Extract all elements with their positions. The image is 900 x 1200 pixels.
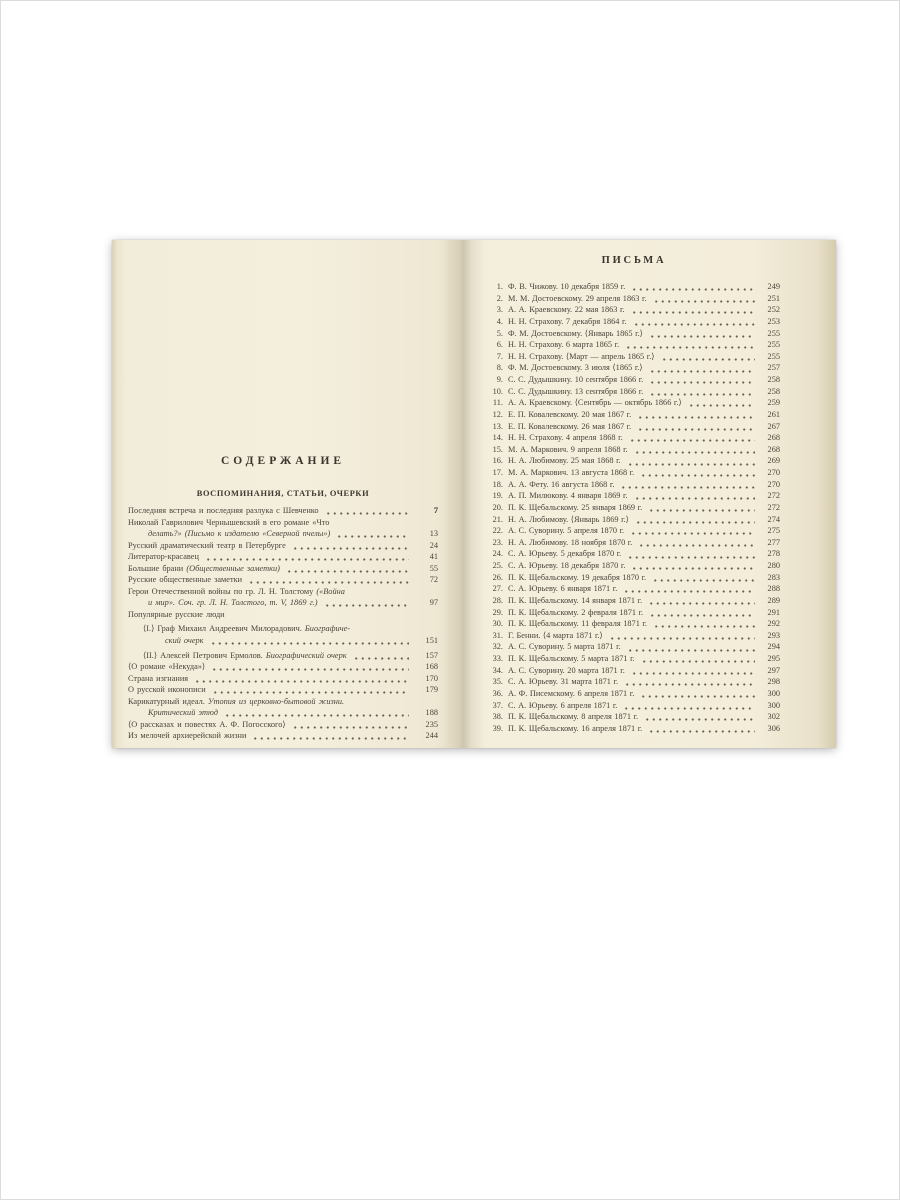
entry-text: Русские общественные заметки [128,574,242,586]
page-number: 253 [758,316,780,328]
dot-leader [208,642,409,645]
letter-row: 17.М. А. Маркович. 13 августа 1868 г.270 [488,467,780,479]
page-number: 274 [758,514,780,526]
plain-text: Николай Гаврилович Чернышевский в его ро… [128,518,329,527]
page-number: 283 [758,572,780,584]
page-number: 255 [758,351,780,363]
entry-text: Последняя встреча и последняя разлука с … [128,505,319,517]
letter-row: 25.С. А. Юрьеву. 18 декабря 1870 г.280 [488,560,780,572]
letters-list: 1.Ф. В. Чижову. 10 декабря 1859 г.2492.М… [488,281,780,734]
letter-row: 30.П. К. Щебальскому. 11 февраля 1871 г.… [488,618,780,630]
letter-text: А. Ф. Писемскому. 6 апреля 1871 г. [508,688,634,700]
contents-title: СОДЕРЖАНИЕ [128,455,438,467]
letter-text: Ф. В. Чижову. 10 декабря 1859 г. [508,281,625,293]
dot-leader [647,335,755,338]
toc-line: делать?» (Письмо к издателю «Северной пч… [128,528,438,540]
dot-leader [642,718,755,721]
plain-text: ⟨О рассказах и повестях А. Ф. Погосского… [128,720,286,729]
letter-number: 25. [488,560,503,572]
page-number: 255 [758,339,780,351]
plain-text: Из мелочей архиерейской жизни [128,731,246,740]
letter-number: 32. [488,641,503,653]
toc-line: Последняя встреча и последняя разлука с … [128,505,438,517]
letter-text: С. А. Юрьеву. 18 декабря 1870 г. [508,560,625,572]
letter-text: П. К. Щебальскому. 19 декабря 1870 г. [508,572,646,584]
page-number: 41 [412,551,438,563]
page-number: 272 [758,490,780,502]
letter-text: С. А. Юрьеву. 6 апреля 1871 г. [508,700,617,712]
letter-text: А. С. Суворину. 5 апреля 1870 г. [508,525,624,537]
letter-row: 6.Н. Н. Страхову. 6 марта 1865 г.255 [488,339,780,351]
page-number: 24 [412,540,438,552]
letter-text: П. К. Щебальскому. 25 января 1869 г. [508,502,642,514]
letter-row: 3.А. А. Краевскому. 22 мая 1863 г.252 [488,304,780,316]
entry-text: Герои Отечественной войны по гр. Л. Н. Т… [128,586,345,598]
letter-number: 34. [488,665,503,677]
toc-line: ⟨II.⟩ Алексей Петрович Ермолов. Биографи… [143,650,438,662]
section-heading: ВОСПОМИНАНИЯ, СТАТЬИ, ОЧЕРКИ [128,489,438,499]
toc-line: Карикатурный идеал. Утопия из церковно-б… [128,696,438,708]
letter-row: 22.А. С. Суворину. 5 апреля 1870 г.275 [488,525,780,537]
letter-text: Г. Бенни. ⟨4 марта 1871 г.⟩ [508,630,603,642]
letter-row: 13.Е. П. Ковалевскому. 26 мая 1867 г.267 [488,421,780,433]
letter-text: С. С. Дудышкину. 13 сентября 1866 г. [508,386,643,398]
dot-leader [636,544,755,547]
page-number: 270 [758,479,780,491]
dot-leader [322,604,409,607]
entry-text: ⟨О рассказах и повестях А. Ф. Погосского… [128,719,286,731]
letter-row: 39.П. К. Щебальскому. 16 апреля 1871 г.3… [488,723,780,735]
plain-text: ⟨О романе «Некуда»⟩ [128,662,205,671]
dot-leader [638,474,755,477]
dot-leader [618,486,755,489]
page-number: 251 [758,293,780,305]
toc-entry: Из мелочей архиерейской жизни244 [128,730,438,742]
plain-text: Русские общественные заметки [128,575,242,584]
letter-text: А. А. Фету. 16 августа 1868 г. [508,479,614,491]
dot-leader [290,547,409,550]
entry-text: О русской иконописи [128,684,206,696]
toc-entry: Карикатурный идеал. Утопия из церковно-б… [128,696,438,719]
letter-text: Н. Н. Страхову. 7 декабря 1864 г. [508,316,627,328]
book-spread: СОДЕРЖАНИЕ ВОСПОМИНАНИЯ, СТАТЬИ, ОЧЕРКИ … [112,240,836,748]
letter-number: 7. [488,351,503,363]
toc-line: Литератор-красавец41 [128,551,438,563]
dot-leader [631,323,755,326]
letter-number: 20. [488,502,503,514]
page-number: 259 [758,397,780,409]
dot-leader [222,714,409,717]
entry-text: Карикатурный идеал. Утопия из церковно-б… [128,696,344,708]
letter-row: 15.М. А. Маркович. 9 апреля 1868 г.268 [488,444,780,456]
dot-leader [659,358,755,361]
letter-number: 19. [488,490,503,502]
page-number: 280 [758,560,780,572]
letter-number: 5. [488,328,503,340]
letter-number: 10. [488,386,503,398]
letter-text: С. А. Юрьеву. 31 марта 1871 г. [508,676,618,688]
dot-leader [623,346,755,349]
italic-text: и мир». Соч. гр. Л. Н. Толстого, т. V, 1… [148,598,318,607]
dot-leader [629,311,755,314]
letter-row: 9.С. С. Дудышкину. 10 сентября 1866 г.25… [488,374,780,386]
letter-number: 37. [488,700,503,712]
letter-text: М. А. Маркович. 13 августа 1868 г. [508,467,634,479]
dot-leader [647,381,755,384]
letter-number: 14. [488,432,503,444]
letter-row: 34.А. С. Суворину. 20 марта 1871 г.297 [488,665,780,677]
letter-number: 22. [488,525,503,537]
letter-number: 29. [488,607,503,619]
letter-row: 16.Н. А. Любимову. 25 мая 1868 г.269 [488,455,780,467]
dot-leader [629,672,755,675]
letter-text: М. А. Маркович. 9 апреля 1868 г. [508,444,628,456]
plain-text: Последняя встреча и последняя разлука с … [128,506,319,515]
contents-list: Последняя встреча и последняя разлука с … [128,505,438,742]
letter-number: 31. [488,630,503,642]
entry-text: Литератор-красавец [128,551,199,563]
toc-line: Из мелочей архиерейской жизни244 [128,730,438,742]
toc-line: Герои Отечественной войны по гр. Л. Н. Т… [128,586,438,598]
page-number: 170 [412,673,438,685]
letter-row: 33.П. К. Щебальскому. 5 марта 1871 г.295 [488,653,780,665]
toc-line: ⟨О романе «Некуда»⟩168 [128,661,438,673]
page-number: 7 [412,505,438,517]
letter-number: 2. [488,293,503,305]
entry-text: ⟨II.⟩ Алексей Петрович Ермолов. Биографи… [143,650,347,662]
letters-title: ПИСЬМА [488,255,780,267]
page-number: 293 [758,630,780,642]
page-number: 188 [412,707,438,719]
page-number: 55 [412,563,438,575]
letter-text: С. С. Дудышкину. 10 сентября 1866 г. [508,374,643,386]
dot-leader [638,695,755,698]
dot-leader [651,300,755,303]
toc-line: О русской иконописи179 [128,684,438,696]
letter-row: 26.П. К. Щебальскому. 19 декабря 1870 г.… [488,572,780,584]
dot-leader [209,668,409,671]
dot-leader [646,602,755,605]
letter-row: 38.П. К. Щебальскому. 8 апреля 1871 г.30… [488,711,780,723]
letter-text: Н. А. Любимову. ⟨Январь 1869 г.⟩ [508,514,629,526]
dot-leader [622,683,755,686]
page-number: 252 [758,304,780,316]
left-page: СОДЕРЖАНИЕ ВОСПОМИНАНИЯ, СТАТЬИ, ОЧЕРКИ … [112,240,462,748]
letter-text: А. А. Краевскому. ⟨Сентябрь — октябрь 18… [508,397,682,409]
page-number: 302 [758,711,780,723]
letter-row: 37.С. А. Юрьеву. 6 апреля 1871 г.300 [488,700,780,712]
toc-line: Критический этюд188 [128,707,438,719]
dot-leader [625,463,755,466]
dot-leader [323,512,409,515]
dot-leader [284,570,409,573]
letter-number: 3. [488,304,503,316]
page-number: 292 [758,618,780,630]
page-number: 270 [758,467,780,479]
letter-row: 18.А. А. Фету. 16 августа 1868 г.270 [488,479,780,491]
page-number: 275 [758,525,780,537]
toc-entry: Русские общественные заметки72 [128,574,438,586]
toc-line: и мир». Соч. гр. Л. Н. Толстого, т. V, 1… [128,597,438,609]
right-page-content: ПИСЬМА 1.Ф. В. Чижову. 10 декабря 1859 г… [488,255,780,734]
toc-entry: О русской иконописи179 [128,684,438,696]
page-number: 297 [758,665,780,677]
toc-line: Николай Гаврилович Чернышевский в его ро… [128,517,438,529]
letter-text: А. С. Суворину. 20 марта 1871 г. [508,665,625,677]
letter-row: 2.М. М. Достоевскому. 29 апреля 1863 г.2… [488,293,780,305]
italic-text: делать?» (Письмо к издателю «Северной пч… [148,529,330,538]
toc-line: Русские общественные заметки72 [128,574,438,586]
dot-leader [621,590,755,593]
page-number: 258 [758,374,780,386]
page-number: 261 [758,409,780,421]
letter-number: 27. [488,583,503,595]
dot-leader [647,370,755,373]
letter-number: 38. [488,711,503,723]
letter-text: П. К. Щебальскому. 11 февраля 1871 г. [508,618,647,630]
page-number: 235 [412,719,438,731]
page-number: 257 [758,362,780,374]
dot-leader [635,428,755,431]
letter-number: 36. [488,688,503,700]
plain-text: Большие брани [128,564,186,573]
letter-text: А. П. Милюкову. 4 января 1869 г. [508,490,628,502]
italic-text: Утопия из церковно-бытовой жизни. [208,697,344,706]
dot-leader [250,737,409,740]
letter-text: Н. А. Любимову. 25 мая 1868 г. [508,455,621,467]
plain-text: Герои Отечественной войны по гр. Л. Н. Т… [128,587,316,596]
toc-line: ⟨О рассказах и повестях А. Ф. Погосского… [128,719,438,731]
toc-entry: Литератор-красавец41 [128,551,438,563]
page-number: 278 [758,548,780,560]
dot-leader [607,637,755,640]
entry-text: ⟨О романе «Некуда»⟩ [128,661,205,673]
entry-text: и мир». Соч. гр. Л. Н. Толстого, т. V, 1… [148,597,318,609]
letter-row: 24.С. А. Юрьеву. 5 декабря 1870 г.278 [488,548,780,560]
italic-text: Биографический очерк [266,651,347,660]
page-number: 300 [758,700,780,712]
page-number: 291 [758,607,780,619]
dot-leader [290,726,409,729]
dot-leader [650,579,755,582]
letter-row: 28.П. К. Щебальскому. 14 января 1871 г.2… [488,595,780,607]
letter-text: С. А. Юрьеву. 5 декабря 1870 г. [508,548,621,560]
toc-line: Большие брани (Общественные заметки)55 [128,563,438,575]
letter-row: 14.Н. Н. Страхову. 4 апреля 1868 г.268 [488,432,780,444]
dot-leader [651,625,755,628]
letter-number: 28. [488,595,503,607]
dot-leader [632,451,755,454]
letter-number: 18. [488,479,503,491]
entry-text: Страна изгнания [128,673,188,685]
dot-leader [635,416,755,419]
page-number: 269 [758,455,780,467]
letter-number: 35. [488,676,503,688]
italic-text: ский очерк [165,636,204,645]
entry-text: Николай Гаврилович Чернышевский в его ро… [128,517,329,529]
page-number: 168 [412,661,438,673]
letter-text: Н. Н. Страхову. 4 апреля 1868 г. [508,432,623,444]
entry-text: Критический этюд [148,707,218,719]
dot-leader [203,558,409,561]
letter-row: 10.С. С. Дудышкину. 13 сентября 1866 г.2… [488,386,780,398]
page-number: 295 [758,653,780,665]
letter-number: 21. [488,514,503,526]
dot-leader [686,404,755,407]
toc-entry: ⟨О рассказах и повестях А. Ф. Погосского… [128,719,438,731]
page-number: 151 [412,635,438,647]
plain-text: Карикатурный идеал. [128,697,208,706]
page-number: 298 [758,676,780,688]
dot-leader [210,691,409,694]
dot-leader [646,509,755,512]
letter-number: 30. [488,618,503,630]
letter-text: П. К. Щебальскому. 2 февраля 1871 г. [508,607,643,619]
page-number: 272 [758,502,780,514]
dot-leader [629,567,755,570]
page-number: 13 [412,528,438,540]
dot-leader [647,393,755,396]
letter-row: 23.Н. А. Любимову. 18 ноября 1870 г.277 [488,537,780,549]
dot-leader [625,556,755,559]
left-page-content: СОДЕРЖАНИЕ ВОСПОМИНАНИЯ, СТАТЬИ, ОЧЕРКИ … [128,455,438,742]
dot-leader [633,521,755,524]
letter-row: 21.Н. А. Любимову. ⟨Январь 1869 г.⟩274 [488,514,780,526]
dot-leader [628,532,755,535]
letter-text: П. К. Щебальскому. 5 марта 1871 г. [508,653,635,665]
page-number: 244 [412,730,438,742]
toc-entry: ⟨О романе «Некуда»⟩168 [128,661,438,673]
toc-line: Популярные русские люди [128,609,438,621]
dot-leader [647,614,755,617]
page-number: 179 [412,684,438,696]
italic-text: («Война [316,587,345,596]
page-number: 267 [758,421,780,433]
toc-line: ⟨I.⟩ Граф Михаил Андреевич Милорадович. … [143,623,438,635]
toc-entry: Русский драматический театр в Петербурге… [128,540,438,552]
letter-number: 16. [488,455,503,467]
letter-number: 39. [488,723,503,735]
letter-row: 31.Г. Бенни. ⟨4 марта 1871 г.⟩293 [488,630,780,642]
entry-text: ⟨I.⟩ Граф Михаил Андреевич Милорадович. … [143,623,350,635]
italic-text: (Общественные заметки) [186,564,280,573]
dot-leader [334,535,409,538]
page-number: 255 [758,328,780,340]
dot-leader [621,707,755,710]
letter-text: Ф. М. Достоевскому. ⟨Январь 1865 г.⟩ [508,328,643,340]
letter-text: М. М. Достоевскому. 29 апреля 1863 г. [508,293,647,305]
letter-text: А. А. Краевскому. 22 мая 1863 г. [508,304,625,316]
letter-row: 12.Е. П. Ковалевскому. 20 мая 1867 г.261 [488,409,780,421]
dot-leader [625,649,755,652]
page-number: 157 [412,650,438,662]
letter-text: Н. Н. Страхову. ⟨Март — апрель 1865 г.⟩ [508,351,655,363]
page-number: 289 [758,595,780,607]
page-number: 258 [758,386,780,398]
letter-text: Е. П. Ковалевскому. 20 мая 1867 г. [508,409,631,421]
dot-leader [646,730,755,733]
toc-entry: Николай Гаврилович Чернышевский в его ро… [128,517,438,540]
letter-number: 11. [488,397,503,409]
dot-leader [351,657,409,660]
dot-leader [639,660,755,663]
letter-row: 5.Ф. М. Достоевскому. ⟨Январь 1865 г.⟩25… [488,328,780,340]
letter-row: 11.А. А. Краевскому. ⟨Сентябрь — октябрь… [488,397,780,409]
toc-entry: Страна изгнания170 [128,673,438,685]
toc-entry: ⟨II.⟩ Алексей Петрович Ермолов. Биографи… [143,650,438,662]
italic-text: Биографиче- [305,624,350,633]
plain-text: О русской иконописи [128,685,206,694]
plain-text: Русский драматический театр в Петербурге [128,541,286,550]
entry-text: Популярные русские люди [128,609,225,621]
letter-text: П. К. Щебальскому. 16 апреля 1871 г. [508,723,642,735]
entry-text: делать?» (Письмо к издателю «Северной пч… [148,528,330,540]
dot-leader [627,439,755,442]
dot-leader [246,581,409,584]
letter-row: 19.А. П. Милюкову. 4 января 1869 г.272 [488,490,780,502]
letter-number: 6. [488,339,503,351]
page-number: 97 [412,597,438,609]
toc-entry: Популярные русские люди [128,609,438,621]
toc-entry: ⟨I.⟩ Граф Михаил Андреевич Милорадович. … [143,623,438,646]
letter-number: 4. [488,316,503,328]
letter-text: Н. Н. Страхову. 6 марта 1865 г. [508,339,619,351]
plain-text: Литератор-красавец [128,552,199,561]
plain-text: ⟨I.⟩ Граф Михаил Андреевич Милорадович. [143,624,305,633]
right-page: ПИСЬМА 1.Ф. В. Чижову. 10 декабря 1859 г… [462,240,836,748]
page-number: 300 [758,688,780,700]
entry-text: Из мелочей архиерейской жизни [128,730,246,742]
dot-leader [629,288,755,291]
letter-row: 20.П. К. Щебальскому. 25 января 1869 г.2… [488,502,780,514]
toc-line: ский очерк151 [143,635,438,647]
page-number: 249 [758,281,780,293]
letter-text: С. А. Юрьеву. 6 января 1871 г. [508,583,617,595]
letter-number: 1. [488,281,503,293]
letter-number: 24. [488,548,503,560]
toc-entry: Герои Отечественной войны по гр. Л. Н. Т… [128,586,438,609]
letter-row: 1.Ф. В. Чижову. 10 декабря 1859 г.249 [488,281,780,293]
letter-number: 12. [488,409,503,421]
letter-number: 9. [488,374,503,386]
page-number: 294 [758,641,780,653]
toc-line: Страна изгнания170 [128,673,438,685]
letter-text: П. К. Щебальскому. 14 января 1871 г. [508,595,642,607]
italic-text: Критический этюд [148,708,218,717]
letter-row: 36.А. Ф. Писемскому. 6 апреля 1871 г.300 [488,688,780,700]
plain-text: ⟨II.⟩ Алексей Петрович Ермолов. [143,651,266,660]
toc-entry: Большие брани (Общественные заметки)55 [128,563,438,575]
entry-text: Русский драматический театр в Петербурге [128,540,286,552]
toc-entry: Последняя встреча и последняя разлука с … [128,505,438,517]
page-number: 288 [758,583,780,595]
letter-row: 8.Ф. М. Достоевскому. 3 июля ⟨1865 г.⟩25… [488,362,780,374]
letter-number: 17. [488,467,503,479]
entry-text: ский очерк [165,635,204,647]
letter-number: 13. [488,421,503,433]
page-number: 72 [412,574,438,586]
letter-number: 23. [488,537,503,549]
letter-row: 35.С. А. Юрьеву. 31 марта 1871 г.298 [488,676,780,688]
letter-row: 4.Н. Н. Страхову. 7 декабря 1864 г.253 [488,316,780,328]
plain-text: Популярные русские люди [128,610,225,619]
page-number: 268 [758,432,780,444]
page-number: 268 [758,444,780,456]
letter-number: 33. [488,653,503,665]
page-number: 306 [758,723,780,735]
letter-row: 29.П. К. Щебальскому. 2 февраля 1871 г.2… [488,607,780,619]
toc-line: Русский драматический театр в Петербурге… [128,540,438,552]
